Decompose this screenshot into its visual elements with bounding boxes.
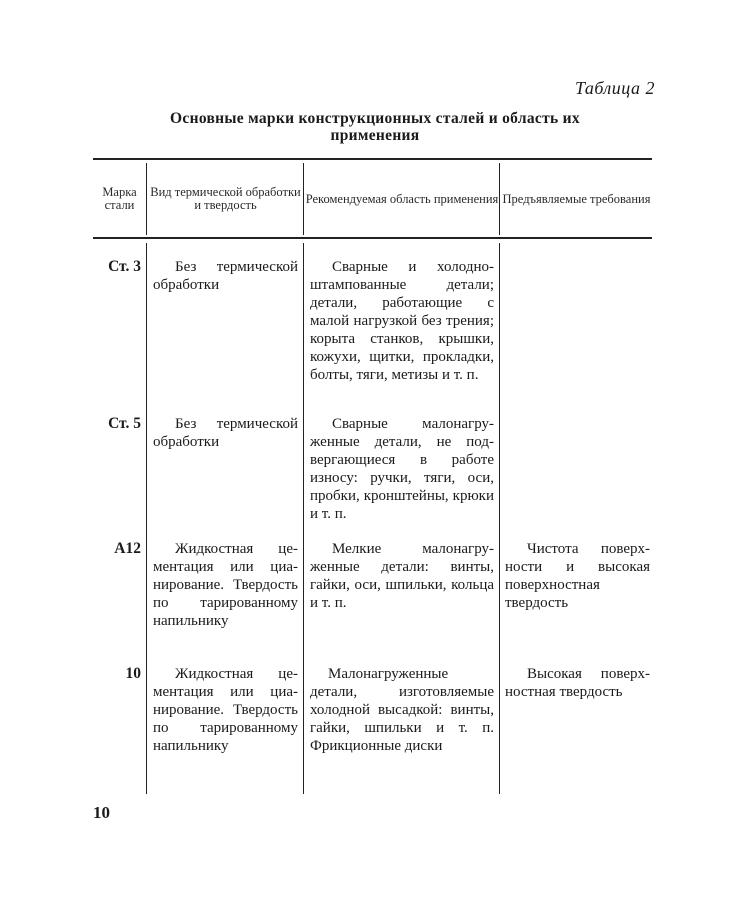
requirements-cell: Чистота поверх­ности и высокая поверхнос… (505, 540, 650, 612)
page-number: 10 (93, 803, 110, 823)
header-treatment: Вид термической обработки и твердость (148, 163, 303, 235)
header-application: Рекомендуемая область применения (305, 163, 499, 235)
steel-grade: А12 (93, 540, 141, 558)
header-requirements-label: Предъявляемые требования (503, 193, 651, 206)
table-title: Основные марки конструкционных сталей и … (150, 110, 600, 144)
treatment-cell: Жидкостная це­ментация или циа­нирование… (153, 665, 298, 755)
application-cell: Малонагруженные детали, изготовляемые хо… (310, 665, 494, 755)
application-cell: Сварные и холодно­штампованные детали; д… (310, 258, 494, 384)
requirements-cell: Высокая поверх­ностная твердость (505, 665, 650, 701)
application-cell: Мелкие малонагру­женные детали: винты, г… (310, 540, 494, 612)
header-requirements: Предъявляемые требования (501, 163, 652, 235)
column-divider (303, 163, 304, 235)
treatment-cell: Без термической обработки (153, 258, 298, 294)
header-application-label: Рекомендуемая область применения (306, 193, 499, 206)
column-divider (499, 163, 500, 235)
treatment-cell: Без термической обработки (153, 415, 298, 451)
header-grade-label: Марка стали (93, 186, 146, 212)
header-grade: Марка стали (93, 163, 146, 235)
steel-grade: 10 (93, 665, 141, 683)
table-top-rule (93, 158, 652, 160)
column-divider (499, 243, 500, 794)
steel-grade: Ст. 3 (93, 258, 141, 276)
column-divider (303, 243, 304, 794)
application-cell: Сварные малонагру­женные детали, не под­… (310, 415, 494, 523)
steel-grade: Ст. 5 (93, 415, 141, 433)
header-treatment-label: Вид термической обработки и твердость (148, 186, 303, 212)
header-bottom-rule (93, 237, 652, 239)
column-divider (146, 163, 147, 235)
treatment-cell: Жидкостная це­ментация или циа­нирование… (153, 540, 298, 630)
column-divider (146, 243, 147, 794)
table-label: Таблица 2 (575, 78, 655, 99)
